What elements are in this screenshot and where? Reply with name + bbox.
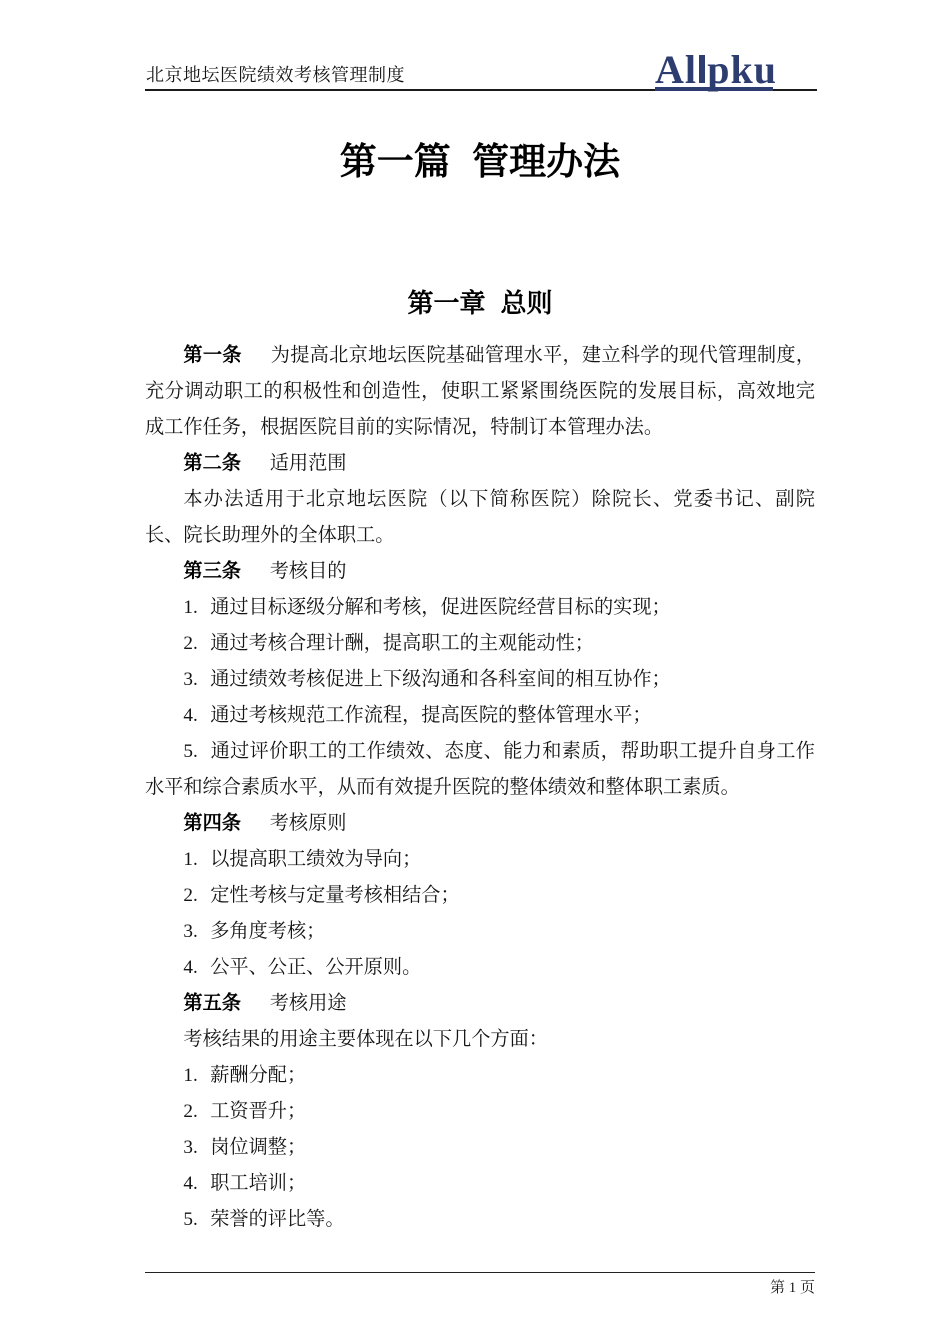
list-number: 3.: [183, 921, 197, 942]
list-item: 5.荣誉的评比等。: [145, 1202, 815, 1238]
article-text: 适用范围: [270, 453, 347, 474]
list-number: 3.: [183, 1137, 197, 1158]
list-item-text: 岗位调整；: [210, 1137, 306, 1158]
list-number: 2.: [183, 885, 197, 906]
page-number: 第 1 页: [145, 1276, 815, 1297]
list-number: 3.: [183, 669, 197, 690]
list-item: 3.多角度考核；: [145, 914, 815, 950]
list-item: 2.工资晋升；: [145, 1094, 815, 1130]
logo-underline: [655, 87, 773, 91]
list-number: 5.: [183, 1209, 197, 1230]
list-item-text: 通过目标逐级分解和考核，促进医院经营目标的实现；: [210, 597, 671, 618]
logo-block-glyph: [699, 55, 705, 83]
list-item-text: 荣誉的评比等。: [210, 1209, 344, 1230]
list-number: 1.: [183, 1065, 197, 1086]
list-item-text: 职工培训；: [210, 1173, 306, 1194]
list-number: 1.: [183, 849, 197, 870]
list-item-text: 通过考核合理计酬，提高职工的主观能动性；: [210, 633, 594, 654]
list-item-text: 工资晋升；: [210, 1101, 306, 1122]
list-item-text: 定性考核与定量考核相结合；: [210, 885, 459, 906]
list-number: 2.: [183, 633, 197, 654]
list-item: 2.通过考核合理计酬，提高职工的主观能动性；: [145, 626, 815, 662]
list-item: 4.公平、公正、公开原则。: [145, 950, 815, 986]
list-item: 1.通过目标逐级分解和考核，促进医院经营目标的实现；: [145, 590, 815, 626]
article-paragraph: 第三条考核目的: [145, 554, 815, 590]
list-number: 1.: [183, 597, 197, 618]
article-text: 为提高北京地坛医院基础管理水平，建立科学的现代管理制度，充分调动职工的积极性和创…: [145, 345, 815, 438]
list-item: 2.定性考核与定量考核相结合；: [145, 878, 815, 914]
article-label: 第五条: [183, 993, 241, 1014]
list-item: 4.通过考核规范工作流程，提高医院的整体管理水平；: [145, 698, 815, 734]
list-item: 1.薪酬分配；: [145, 1058, 815, 1094]
list-number: 5.: [183, 741, 197, 762]
article-paragraph: 第四条考核原则: [145, 806, 815, 842]
content-blocks: 第一条为提高北京地坛医院基础管理水平，建立科学的现代管理制度，充分调动职工的积极…: [145, 338, 815, 1238]
article-label: 第三条: [183, 561, 241, 582]
logo-suffix: pku: [707, 50, 777, 90]
article-label: 第二条: [183, 453, 241, 474]
list-item: 4.职工培训；: [145, 1166, 815, 1202]
company-logo: Al pku: [655, 50, 777, 100]
list-item-text: 多角度考核；: [210, 921, 325, 942]
chapter-title: 第一章 总则: [145, 286, 815, 320]
list-number: 4.: [183, 1173, 197, 1194]
list-item-text: 通过考核规范工作流程，提高医院的整体管理水平；: [210, 705, 651, 726]
list-item: 3.通过绩效考核促进上下级沟通和各科室间的相互协作；: [145, 662, 815, 698]
list-item-text: 通过评价职工的工作绩效、态度、能力和素质，帮助职工提升自身工作水平和综合素质水平…: [145, 741, 815, 798]
list-item-text: 公平、公正、公开原则。: [210, 957, 421, 978]
body-paragraph: 考核结果的用途主要体现在以下几个方面：: [145, 1022, 815, 1058]
list-item-text: 通过绩效考核促进上下级沟通和各科室间的相互协作；: [210, 669, 671, 690]
article-text: 考核目的: [270, 561, 347, 582]
list-item: 3.岗位调整；: [145, 1130, 815, 1166]
document-page: 北京地坛医院绩效考核管理制度 Al pku 第一篇 管理办法 第一章 总则 第一…: [0, 0, 950, 1344]
list-item-text: 以提高职工绩效为导向；: [210, 849, 421, 870]
logo-prefix: Al: [655, 50, 697, 90]
list-item: 5.通过评价职工的工作绩效、态度、能力和素质，帮助职工提升自身工作水平和综合素质…: [145, 734, 815, 806]
article-text: 考核原则: [270, 813, 347, 834]
article-label: 第四条: [183, 813, 241, 834]
article-paragraph: 第二条适用范围: [145, 446, 815, 482]
doc-title: 第一篇 管理办法: [145, 138, 815, 186]
article-text: 考核用途: [270, 993, 347, 1014]
body-paragraph: 本办法适用于北京地坛医院（以下简称医院）除院长、党委书记、副院长、院长助理外的全…: [145, 482, 815, 554]
article-label: 第一条: [183, 345, 241, 366]
list-item-text: 薪酬分配；: [210, 1065, 306, 1086]
article-paragraph: 第一条为提高北京地坛医院基础管理水平，建立科学的现代管理制度，充分调动职工的积极…: [145, 338, 815, 446]
list-number: 4.: [183, 957, 197, 978]
list-number: 4.: [183, 705, 197, 726]
list-item: 1.以提高职工绩效为导向；: [145, 842, 815, 878]
logo-text: Al pku: [655, 50, 777, 90]
article-paragraph: 第五条考核用途: [145, 986, 815, 1022]
list-number: 2.: [183, 1101, 197, 1122]
header-title: 北京地坛医院绩效考核管理制度: [146, 61, 405, 87]
footer-rule: [145, 1272, 815, 1273]
